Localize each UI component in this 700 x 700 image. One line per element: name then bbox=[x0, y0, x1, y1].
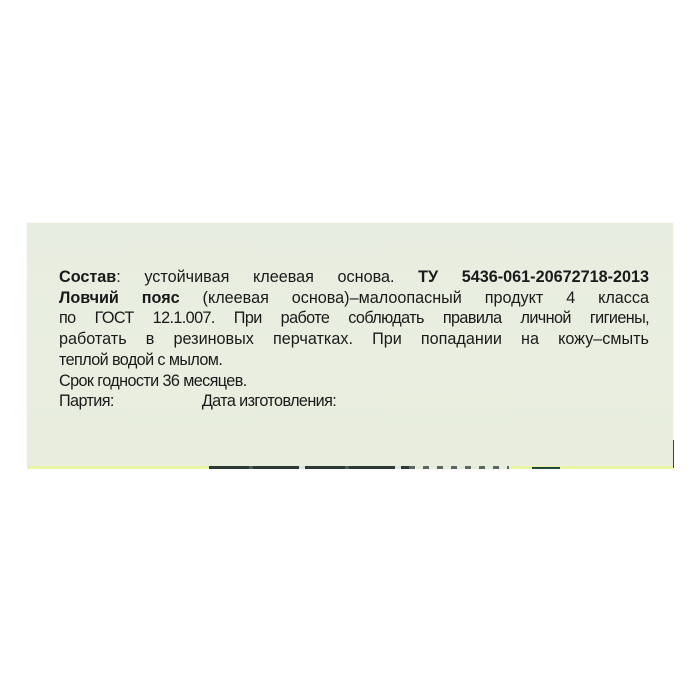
label-text-block: Состав: устойчивая клеевая основа. ТУ 54… bbox=[59, 267, 649, 412]
composition-heading: Состав bbox=[59, 268, 116, 286]
manufacture-date-label: Дата изготовления: bbox=[202, 392, 336, 410]
wash-line: теплой водой с мылом. bbox=[59, 350, 649, 371]
package-green-accent bbox=[532, 467, 560, 469]
gost-line: по ГОСТ 12.1.007. При работе соблюдать п… bbox=[59, 308, 649, 329]
gloves-line: работать в резиновых перчатках. При попа… bbox=[59, 329, 649, 350]
composition-line: Состав: устойчивая клеевая основа. ТУ 54… bbox=[59, 267, 649, 288]
batch-date-line: Партия:Дата изготовления: bbox=[59, 391, 649, 412]
spec-code: ТУ 5436-061-20672718-2013 bbox=[418, 268, 649, 286]
product-line: Ловчий пояс (клеевая основа)–малоопасный… bbox=[59, 288, 649, 309]
package-right-edge bbox=[673, 440, 674, 468]
shelf-life: Срок годности 36 месяцев. bbox=[59, 371, 649, 392]
product-name: Ловчий пояс bbox=[59, 289, 180, 307]
batch-label: Партия: bbox=[59, 392, 114, 410]
composition-text: : устойчивая клеевая основа. bbox=[116, 268, 418, 286]
product-description: (клеевая основа)–малоопасный продукт 4 к… bbox=[180, 289, 649, 307]
package-dark-edge bbox=[209, 466, 505, 469]
